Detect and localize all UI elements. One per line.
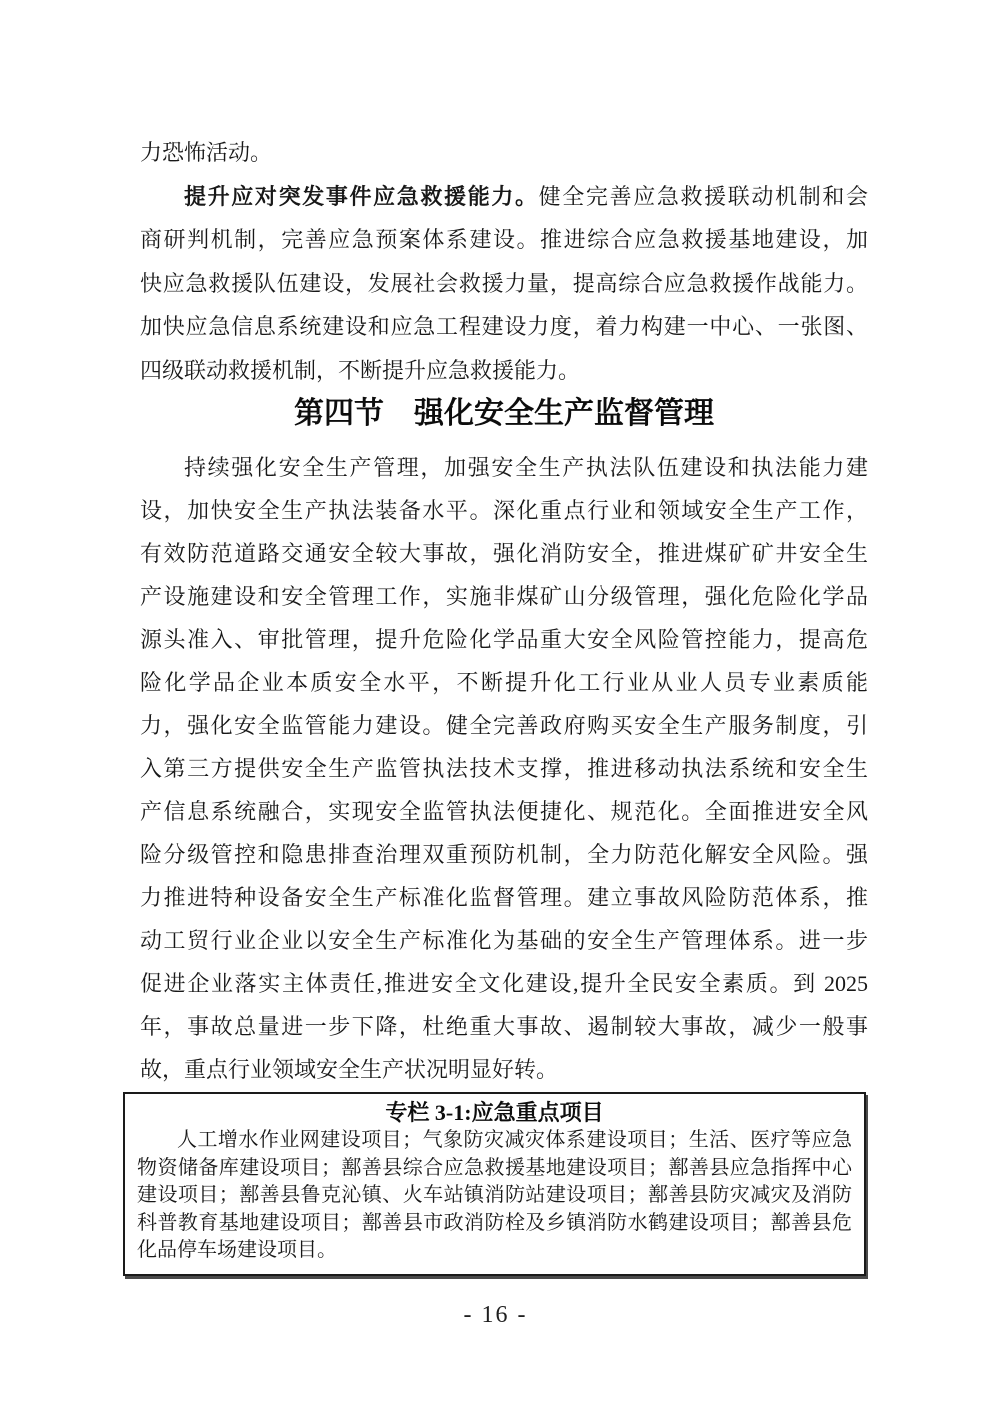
body-line: 源头准入、审批管理，提升危险化学品重大安全风险管控能力，提高危 bbox=[140, 618, 868, 661]
document-page: 力恐怖活动。 提升应对突发事件应急救援能力。健全完善应急救援联动机制和会 商研判… bbox=[0, 0, 991, 1403]
body-line: 动工贸行业企业以安全生产标准化为基础的安全生产管理体系。进一步 bbox=[140, 919, 868, 962]
body-line: 快应急救援队伍建设，发展社会救援力量，提高综合应急救援作战能力。 bbox=[140, 262, 868, 306]
callout-line: 科普教育基地建设项目；鄯善县市政消防栓及乡镇消防水鹤建设项目；鄯善县危 bbox=[137, 1210, 852, 1238]
body-line: 促进企业落实主体责任,推进安全文化建设,提升全民安全素质。到 2025 bbox=[140, 962, 868, 1005]
body-line: 力推进特种设备安全生产标准化监督管理。建立事故风险防范体系，推 bbox=[140, 876, 868, 919]
paragraph-lead-bold: 提升应对突发事件应急救援能力。 bbox=[184, 184, 539, 209]
body-line: 有效防范道路交通安全较大事故，强化消防安全，推进煤矿矿井安全生 bbox=[140, 532, 868, 575]
body-line: 产设施建设和安全管理工作，实施非煤矿山分级管理，强化危险化学品 bbox=[140, 575, 868, 618]
section4-paragraph: 持续强化安全生产管理，加强安全生产执法队伍建设和执法能力建 设，加快安全生产执法… bbox=[140, 446, 868, 1091]
section-heading: 第四节 强化安全生产监督管理 bbox=[140, 392, 868, 436]
text-column: 力恐怖活动。 提升应对突发事件应急救援能力。健全完善应急救援联动机制和会 商研判… bbox=[140, 131, 868, 1276]
page-number: - 16 - bbox=[0, 1302, 991, 1329]
body-line: 年，事故总量进一步下降，杜绝重大事故、遏制较大事故，减少一般事 bbox=[140, 1005, 868, 1048]
callout-line: 人工增水作业网建设项目；气象防灾减灾体系建设项目；生活、医疗等应急 bbox=[137, 1127, 852, 1155]
callout-line: 建设项目；鄯善县鲁克沁镇、火车站镇消防站建设项目；鄯善县防灾减灾及消防 bbox=[137, 1182, 852, 1210]
body-line: 产信息系统融合，实现安全监管执法便捷化、规范化。全面推进安全风 bbox=[140, 790, 868, 833]
body-line: 四级联动救援机制，不断提升应急救援能力。 bbox=[140, 349, 868, 393]
callout-line: 化品停车场建设项目。 bbox=[137, 1237, 852, 1265]
body-line: 设，加快安全生产执法装备水平。深化重点行业和领域安全生产工作， bbox=[140, 489, 868, 532]
body-line: 险化学品企业本质安全水平，不断提升化工行业从业人员专业素质能 bbox=[140, 661, 868, 704]
body-line: 商研判机制，完善应急预案体系建设。推进综合应急救援基地建设，加 bbox=[140, 218, 868, 262]
body-line: 加快应急信息系统建设和应急工程建设力度，着力构建一中心、一张图、 bbox=[140, 305, 868, 349]
callout-line: 物资储备库建设项目；鄯善县综合应急救援基地建设项目；鄯善县应急指挥中心 bbox=[137, 1155, 852, 1183]
body-line: 入第三方提供安全生产监管执法技术支撑，推进移动执法系统和安全生 bbox=[140, 747, 868, 790]
callout-box: 专栏 3-1:应急重点项目 人工增水作业网建设项目；气象防灾减灾体系建设项目；生… bbox=[123, 1092, 866, 1276]
body-line: 险分级管控和隐患排查治理双重预防机制，全力防范化解安全风险。强 bbox=[140, 833, 868, 876]
body-line: 力恐怖活动。 bbox=[140, 131, 868, 175]
body-line: 持续强化安全生产管理，加强安全生产执法队伍建设和执法能力建 bbox=[140, 446, 868, 489]
callout-box-title: 专栏 3-1:应急重点项目 bbox=[137, 1099, 852, 1127]
body-text: 健全完善应急救援联动机制和会 bbox=[539, 184, 868, 209]
body-line: 提升应对突发事件应急救援能力。健全完善应急救援联动机制和会 bbox=[140, 175, 868, 219]
body-line: 故，重点行业领域安全生产状况明显好转。 bbox=[140, 1048, 868, 1091]
body-line: 力，强化安全监管能力建设。健全完善政府购买安全生产服务制度，引 bbox=[140, 704, 868, 747]
